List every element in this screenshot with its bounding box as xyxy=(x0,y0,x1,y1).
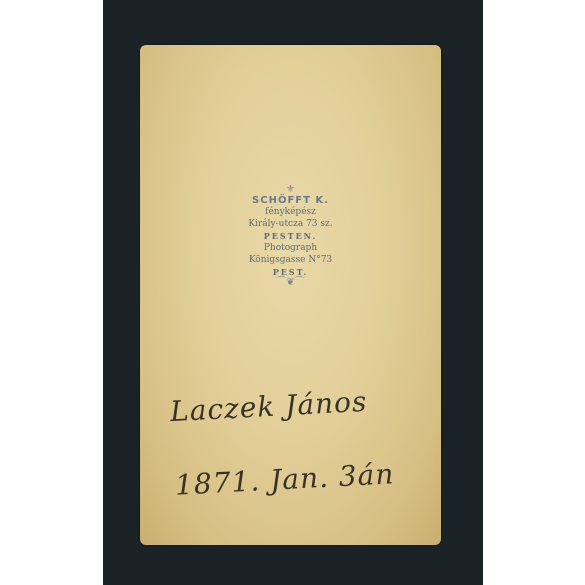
photo-card-back: ⚜ SCHÖFFT K. fényképész Király-utcza 73 … xyxy=(140,45,441,545)
ornament-top-icon: ⚜ xyxy=(140,185,441,195)
stamp-line: Photograph xyxy=(140,242,441,254)
handwritten-name: Laczek János xyxy=(169,385,368,428)
stamp-line: Király-utcza 73 sz. xyxy=(140,218,441,230)
stamp-line: PESTEN. xyxy=(140,230,441,242)
stamp-line: Königsgasse N°73 xyxy=(140,254,441,266)
photographer-stamp: ⚜ SCHÖFFT K. fényképész Király-utcza 73 … xyxy=(140,185,441,288)
handwritten-date: 1871. Jan. 3án xyxy=(174,457,395,501)
ornament-bottom-icon: ⌒❦⌒ xyxy=(140,278,441,288)
stamp-line: fényképész xyxy=(140,206,441,218)
stamp-brand: SCHÖFFT K. xyxy=(140,195,441,206)
